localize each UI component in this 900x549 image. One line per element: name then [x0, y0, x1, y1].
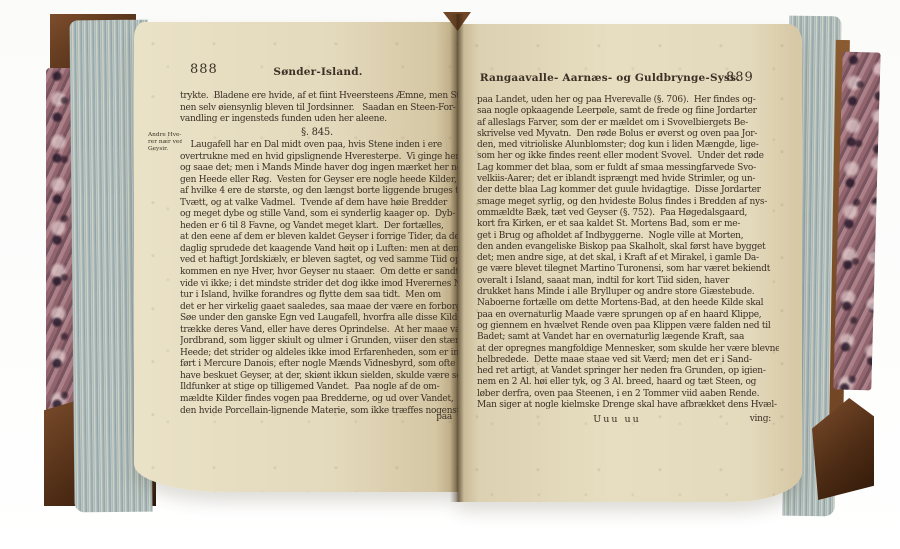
text-line: Søe under den ganske Egn ved Laugafell, …: [180, 313, 458, 325]
text-line: overalt i Island, saaat man, indtil for …: [477, 276, 779, 287]
text-line: heden er 6 til 8 Favne, og Vandet meget …: [180, 221, 458, 233]
text-line: ført i Mercure Danois, efter nogle Mænds…: [180, 359, 458, 371]
text-line: Laugafell har en Dal midt oven paa, hvis…: [180, 140, 458, 152]
text-line: det er her virkelig gaaet saaledes, saa …: [180, 302, 458, 314]
text-line: helbredede. Dette maae staae ved sit Vær…: [477, 355, 779, 366]
page-number-right: 889: [726, 70, 754, 85]
body-lines-left: Laugafell har en Dal midt oven paa, hvis…: [180, 140, 458, 417]
text-line: den, med vitrioliske Alunblomster; dog k…: [477, 140, 779, 151]
text-line: ge være blevet tilegnet Martino Turonens…: [477, 264, 779, 275]
text-line: saa nogle opkaagende Leerpøle, samt de f…: [477, 106, 779, 117]
text-line: Heede; det strider og aldeles ikke imod …: [180, 348, 458, 360]
text-line: paa Landet, uden her og paa Hverevalle (…: [477, 95, 779, 106]
text-line: nem en 2 Al. høi eller tyk, og 3 Al. bre…: [477, 377, 779, 388]
text-line: smage meget syrlig, og den hvideste Bolu…: [477, 197, 779, 208]
margin-note-line: Andre Hve-: [148, 132, 182, 139]
text-line: gen Heede eller Røg. Vesten for Geyser e…: [180, 175, 458, 187]
margin-note-line: rer nær ved: [148, 139, 182, 146]
text-line: at der opregnes mangfoldige Mennesker, s…: [477, 344, 779, 355]
text-line: tur i Island, hvilke forandres og flytte…: [180, 290, 458, 302]
text-line: af hvilke 4 ere de største, og den længs…: [180, 186, 458, 198]
right-cover-marble: [833, 52, 880, 391]
catchword-right: ving:: [477, 414, 771, 424]
running-head-right: Rangaavalle- Aarnæs- og Guldbrynge-Syss.: [470, 72, 750, 84]
text-line: Tvætt, og at valke Vadmel. Tvende af dem…: [180, 198, 458, 210]
body-lines-right: paa Landet, uden her og paa Hverevalle (…: [477, 95, 779, 411]
text-line: som her og ikke findes reent eller moden…: [477, 151, 779, 162]
text-line: daglig sprudede det kaagende Vand høit o…: [180, 244, 458, 256]
book-photo: 888 Sønder-Island. trykte. Bladene ere h…: [0, 0, 900, 549]
text-line: den anden evangeliske Biskop paa Skalhol…: [477, 242, 779, 253]
text-line: løber derfra, oven paa Steenen, i en 2 T…: [477, 389, 779, 400]
text-line: trække deres Vand, eller have deres Opri…: [180, 325, 458, 337]
text-line: og meget dybe og stille Vand, som ei syn…: [180, 209, 458, 221]
text-line: Ildfunker at stige op tilligemed Vandet.…: [180, 382, 458, 394]
text-line: hed ret artigt, at Vandet springer her n…: [477, 366, 779, 377]
text-line: vandling er ingensteds funden uden her a…: [180, 114, 458, 126]
text-line: Jordbrand, som ligger skiult og ulmer i …: [180, 336, 458, 348]
text-line: ved et haftigt Jordskiælv, er bleven sag…: [180, 255, 458, 267]
text-line: trykte. Bladene ere hvide, af et fiint H…: [180, 91, 458, 103]
text-line: kommen en nye Hver, hvor Geyser nu staae…: [180, 267, 458, 279]
text-line: get i Brug og afholdet af Indbyggerne. N…: [477, 231, 779, 242]
text-line: vide vi ikke; i det mindste strider det …: [180, 279, 458, 291]
text-line: af alleslags Farver, som der er mældet o…: [477, 118, 779, 129]
text-line: kort fra Kirken, er et saa kaldet St. Mo…: [477, 219, 779, 230]
text-line: og giennem en hvælvet Rende oven paa Kli…: [477, 321, 779, 332]
text-line: Lag kommer det blaa, som er fuldt af sma…: [477, 163, 779, 174]
running-head-left: Sønder-Island.: [178, 66, 458, 78]
text-line: at den eene af dem er bleven kaldet Geys…: [180, 232, 458, 244]
text-line: velkiis-Aarer; det er iblandt isprængt m…: [477, 174, 779, 185]
text-line: det; men andre sige, at det skal, i Kraf…: [477, 253, 779, 264]
text-line: have beskuet Geyser, at der, skiønt ikku…: [180, 371, 458, 383]
text-line: og saae det; men i Mands Minde haver dog…: [180, 163, 458, 175]
section-heading: §. 845.: [178, 127, 456, 138]
text-line: overtrukne med en hvid gipslignende Hver…: [180, 152, 458, 164]
text-line: der dette blaa Lag kommer det guule hvid…: [477, 185, 779, 196]
open-book: 888 Sønder-Island. trykte. Bladene ere h…: [0, 0, 900, 549]
margin-note-line: Geysir.: [148, 146, 182, 153]
text-line: drukket hans Minde i alle Brylluper og a…: [477, 287, 779, 298]
text-line: Man siger at nogle kielmske Drenge skal …: [477, 400, 779, 411]
intro-lines-left: trykte. Bladene ere hvide, af et fiint H…: [180, 91, 458, 126]
text-line: Badet; samt at Vandet har en overnaturli…: [477, 332, 779, 343]
catchword-left: paa: [180, 412, 452, 422]
text-line: skrivelse ved Myvatn. Den røde Bolus er …: [477, 129, 779, 140]
text-line: paa en overnaturlig Maade være sprungen …: [477, 310, 779, 321]
text-line: nen selv øiensynlig bleven til Jordsinne…: [180, 103, 458, 115]
margin-note: Andre Hve-rer nær vedGeysir.: [148, 132, 182, 152]
text-line: Naboerne fortælle om dette Mortens-Bad, …: [477, 298, 779, 309]
text-line: ommældte Bæk, tæt ved Geyser (§. 752). P…: [477, 208, 779, 219]
text-line: mældte Kilder findes vogen paa Bredderne…: [180, 394, 458, 406]
